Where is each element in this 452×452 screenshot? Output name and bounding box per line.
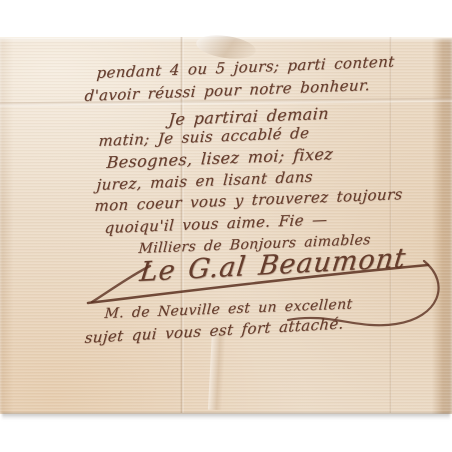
paper-bottom-shadow — [2, 413, 450, 420]
letter-photo: pendant 4 ou 5 jours; parti content d'av… — [0, 0, 452, 452]
